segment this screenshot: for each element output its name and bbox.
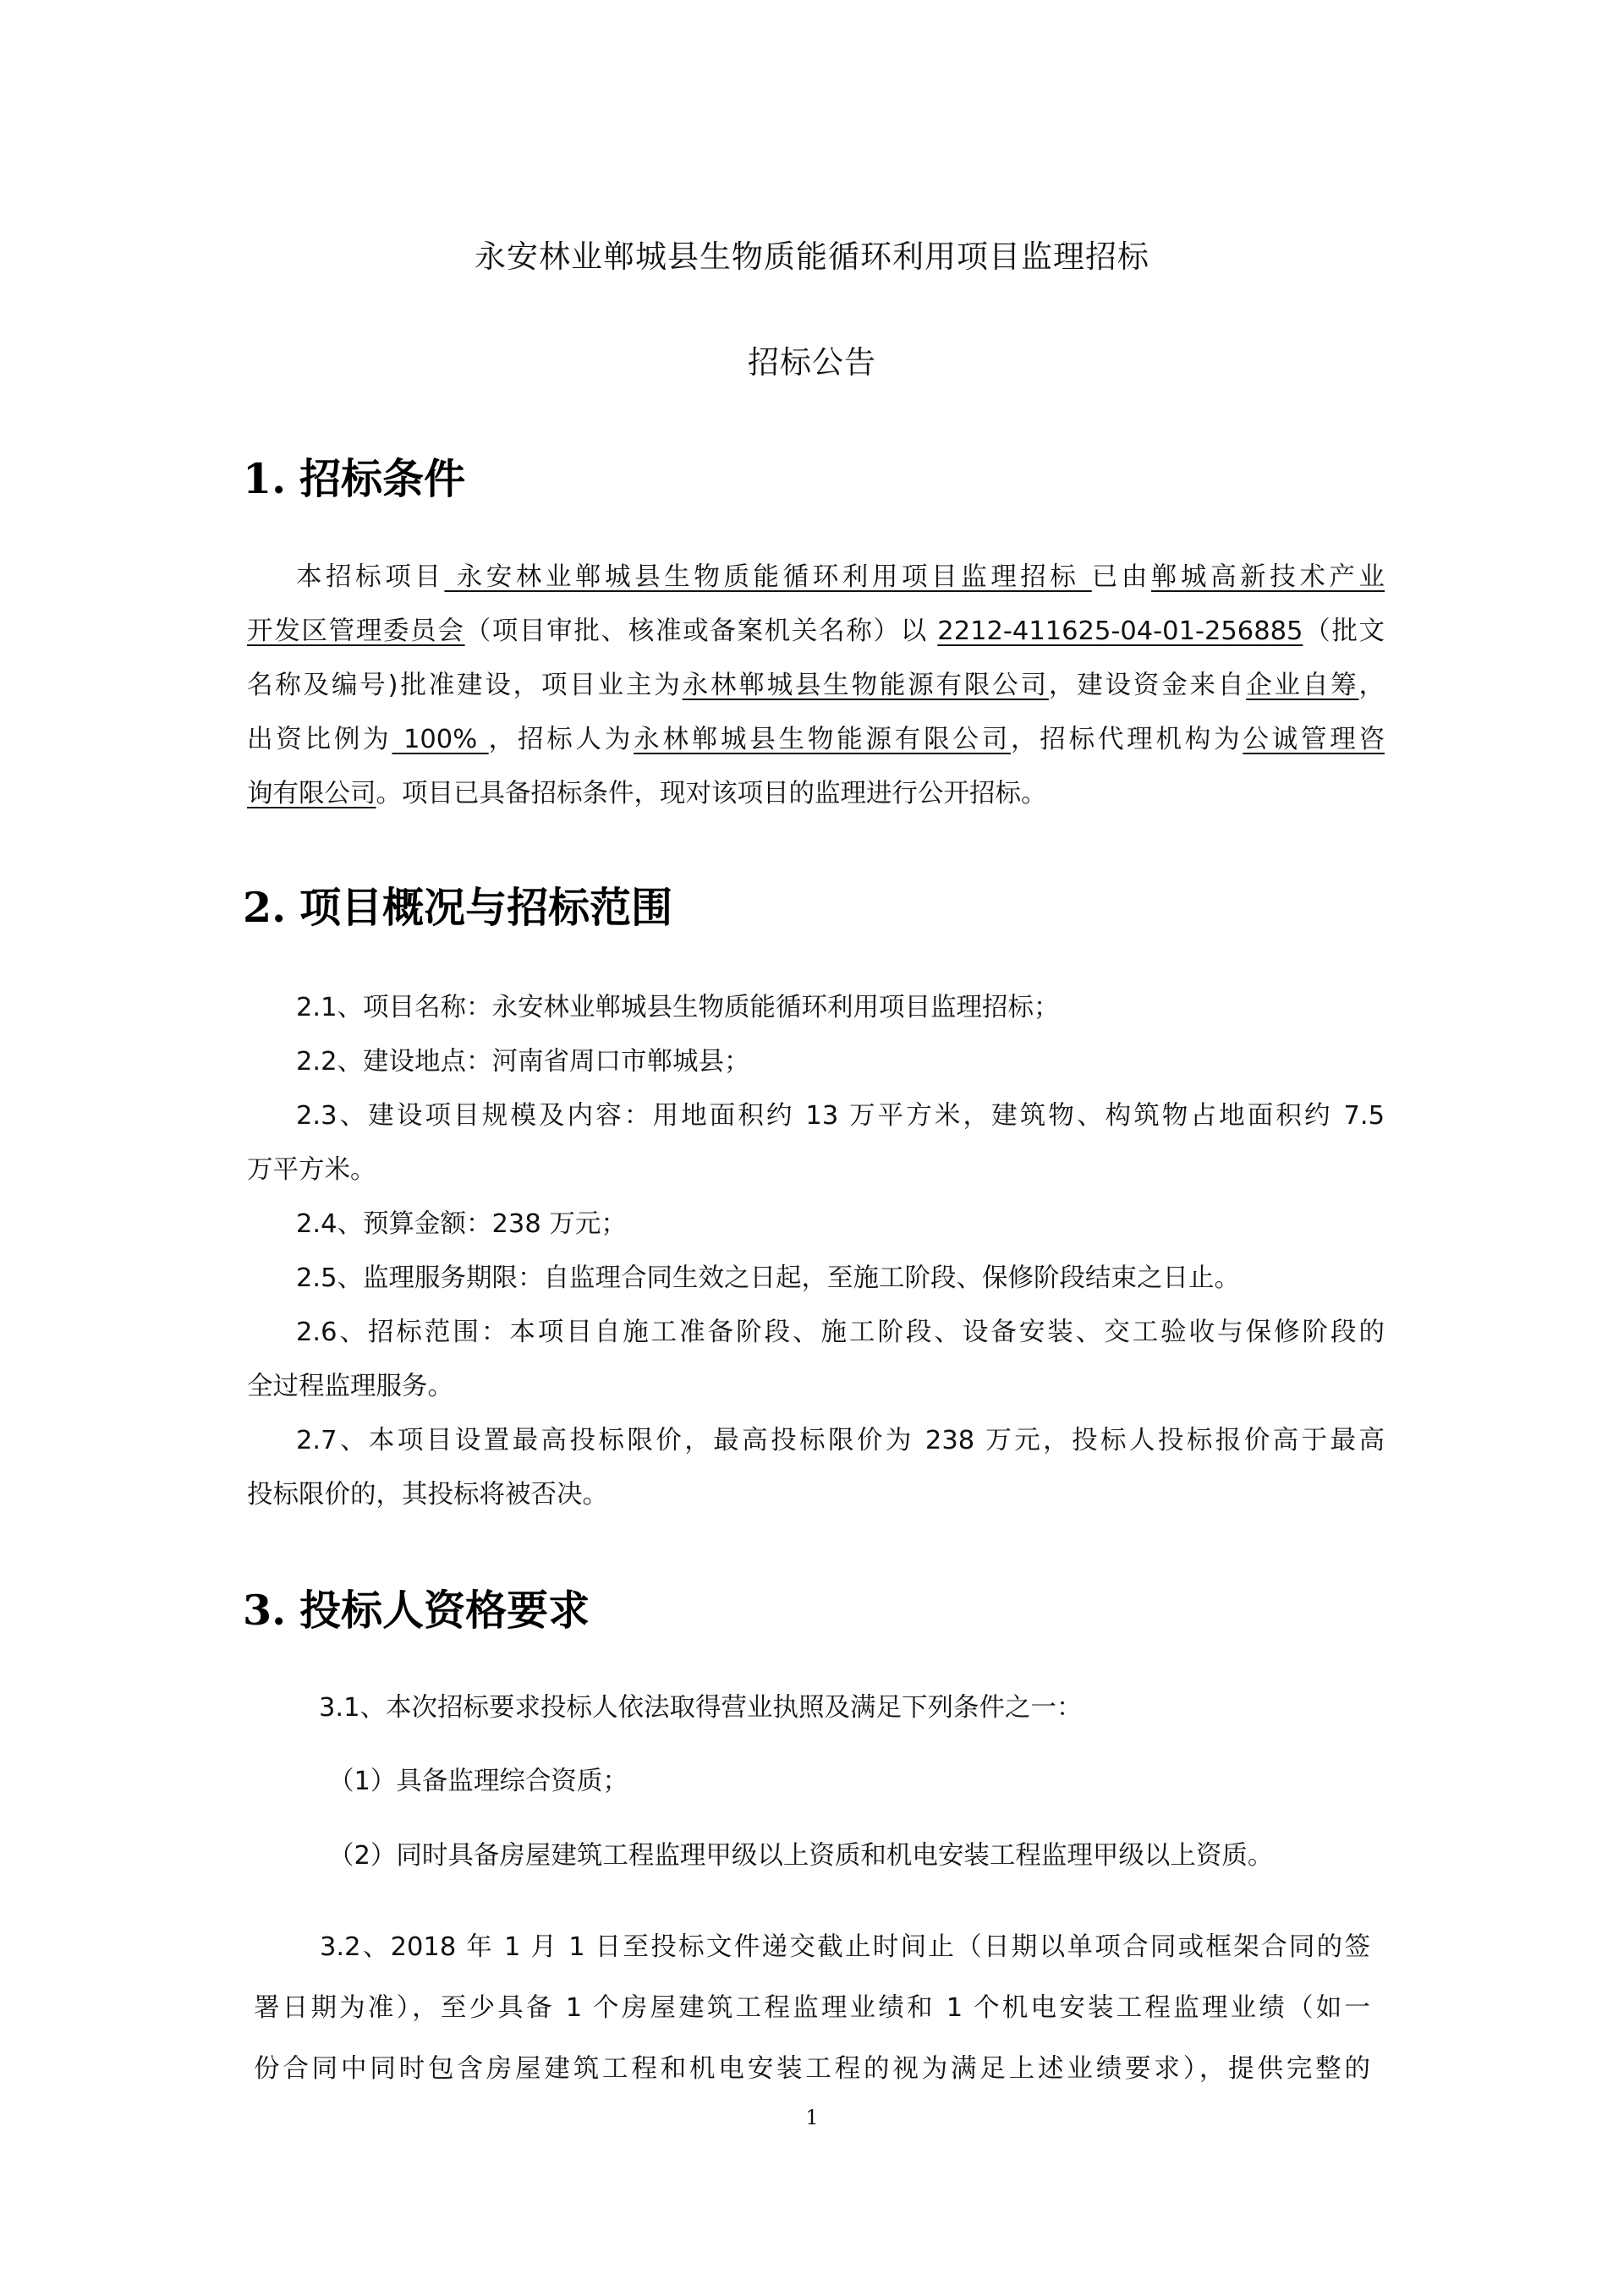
section-title: 招标条件 [299, 455, 465, 503]
paragraph-line: 询有限公司。项目已具备招标条件，现对该项目的监理进行公开招标。 [247, 777, 1385, 811]
item-2-7: 2.7、本项目设置最高投标限价，最高投标限价为 238 万元，投标人投标报价高于… [247, 1424, 1385, 1458]
section-title: 项目概况与招标范围 [299, 884, 672, 932]
section-number: 2. [243, 883, 286, 932]
section-3-heading: 3.投标人资格要求 [243, 1578, 590, 1637]
page-number: 1 [0, 2106, 1624, 2129]
section-number: 3. [243, 1586, 286, 1635]
project-name-field: 永安林业郸城县生物质能循环利用项目监理招标 [444, 562, 1091, 592]
funding-ratio-field: 100% [392, 725, 488, 754]
text: ， [1359, 671, 1385, 700]
item-2-4: 2.4、预算金额：238 万元； [247, 1208, 1385, 1241]
text: ，招标代理机构为 [1011, 725, 1243, 754]
item-2-7-cont: 投标限价的，其投标将被否决。 [247, 1478, 1385, 1512]
text: （批文 [1303, 616, 1385, 646]
approval-number-field: 2212-411625-04-01-256885 [937, 616, 1303, 646]
text: 。项目已具备招标条件，现对该项目的监理进行公开招标。 [376, 779, 1047, 808]
text: 名称及编号)批准建设，项目业主为 [247, 671, 683, 700]
section-number: 1. [243, 454, 286, 503]
section-2-heading: 2.项目概况与招标范围 [243, 875, 672, 934]
text: 本招标项目 [296, 562, 444, 592]
item-2-5: 2.5、监理服务期限：自监理合同生效之日起，至施工阶段、保修阶段结束之日止。 [247, 1262, 1385, 1296]
tenderer-field: 永林郸城县生物能源有限公司 [634, 725, 1011, 754]
paragraph-line: 出资比例为 100% ，招标人为永林郸城县生物能源有限公司，招标代理机构为公诚管… [247, 723, 1385, 757]
item-3-2: 3.2、2018 年 1 月 1 日至投标文件递交截止时间止（日期以单项合同或框… [254, 1931, 1370, 1964]
item-2-2: 2.2、建设地点：河南省周口市郸城县； [247, 1045, 1385, 1079]
document-title: 永安林业郸城县生物质能循环利用项目监理招标 [0, 231, 1624, 277]
text: ，建设资金来自 [1049, 671, 1246, 700]
text: 出资比例为 [247, 725, 392, 754]
section-title: 投标人资格要求 [299, 1586, 590, 1635]
paragraph-line: 本招标项目 永安林业郸城县生物质能循环利用项目监理招标 已由郸城高新技术产业 [247, 561, 1385, 595]
item-3-1-option-1: （1）具备监理综合资质； [247, 1765, 1385, 1799]
document-page: 永安林业郸城县生物质能循环利用项目监理招标 招标公告 1.招标条件 本招标项目 … [0, 0, 1624, 2296]
paragraph-line: 开发区管理委员会（项目审批、核准或备案机关名称）以 2212-411625-04… [247, 615, 1385, 649]
project-owner-field: 永林郸城县生物能源有限公司 [683, 671, 1049, 700]
text: 已由 [1092, 562, 1151, 592]
item-3-2-cont: 份合同中同时包含房屋建筑工程和机电安装工程的视为满足上述业绩要求），提供完整的 [254, 2052, 1370, 2086]
funding-source-field: 企业自筹 [1246, 671, 1358, 700]
text: （项目审批、核准或备案机关名称）以 [465, 616, 938, 646]
approval-authority-field: 郸城高新技术产业 [1151, 562, 1385, 592]
section-1-heading: 1.招标条件 [243, 447, 465, 506]
item-3-2-cont: 署日期为准），至少具备 1 个房屋建筑工程监理业绩和 1 个机电安装工程监理业绩… [254, 1992, 1370, 2025]
item-2-3: 2.3、建设项目规模及内容：用地面积约 13 万平方米，建筑物、构筑物占地面积约… [247, 1099, 1385, 1133]
item-2-6-cont: 全过程监理服务。 [247, 1370, 1385, 1404]
item-2-6: 2.6、招标范围：本项目自施工准备阶段、施工阶段、设备安装、交工验收与保修阶段的 [247, 1316, 1385, 1350]
agency-field: 公诚管理咨 [1243, 725, 1385, 754]
agency-field: 询有限公司 [247, 779, 376, 808]
document-subtitle: 招标公告 [0, 337, 1624, 382]
item-3-1: 3.1、本次招标要求投标人依法取得营业执照及满足下列条件之一： [247, 1691, 1385, 1725]
item-2-3-cont: 万平方米。 [247, 1153, 1385, 1187]
item-3-1-option-2: （2）同时具备房屋建筑工程监理甲级以上资质和机电安装工程监理甲级以上资质。 [247, 1839, 1385, 1873]
item-2-1: 2.1、项目名称：永安林业郸城县生物质能循环利用项目监理招标； [247, 991, 1385, 1025]
paragraph-line: 名称及编号)批准建设，项目业主为永林郸城县生物能源有限公司，建设资金来自企业自筹… [247, 669, 1385, 703]
approval-authority-field: 开发区管理委员会 [247, 616, 465, 646]
text: ，招标人为 [489, 725, 634, 754]
